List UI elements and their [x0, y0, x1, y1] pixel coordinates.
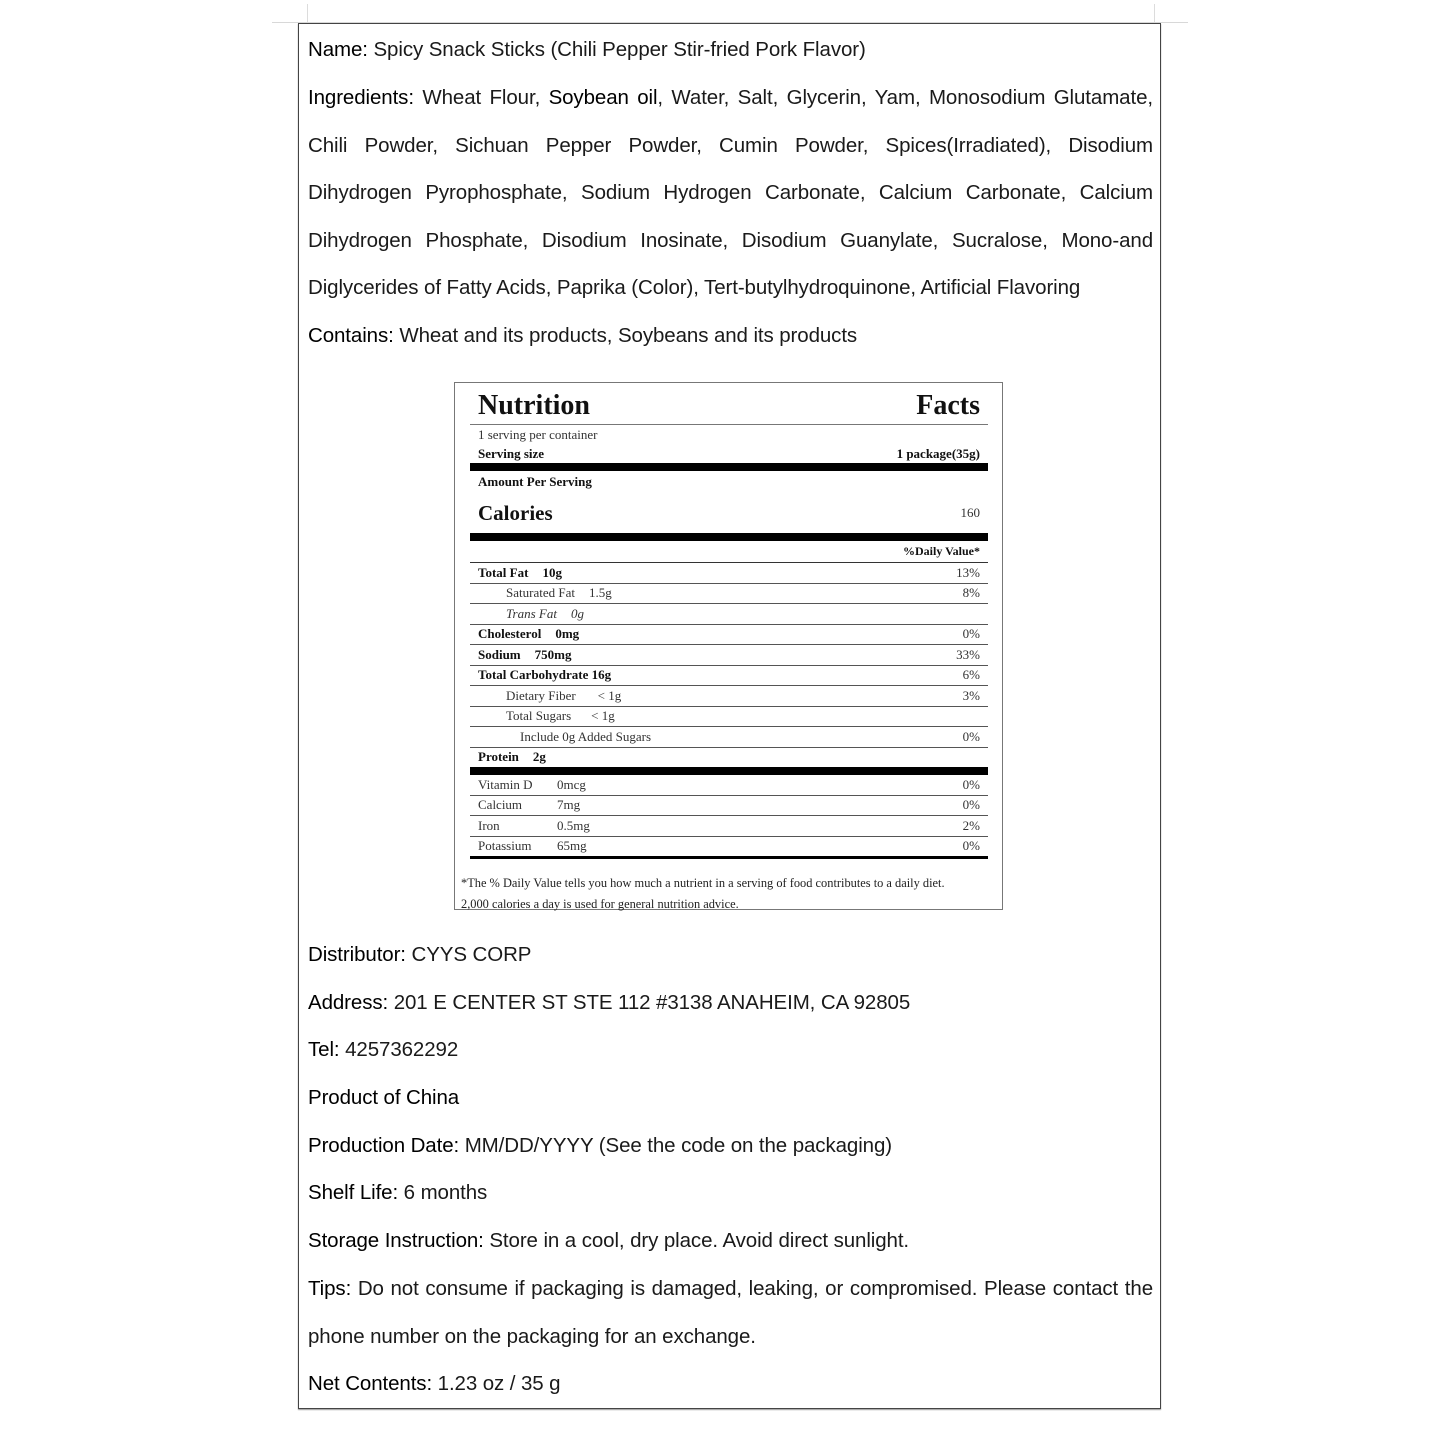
vitamin-row-calcium: Calcium7mg 0% [470, 796, 988, 817]
label-sheet: Name: Spicy Snack Sticks (Chili Pepper S… [298, 23, 1161, 1409]
vitamin-name: Calcium [478, 797, 557, 813]
serving-size-label: Serving size [478, 446, 544, 462]
tips-value: Do not consume if packaging is damaged, … [308, 1277, 1153, 1348]
daily-value-footnote: *The % Daily Value tells you how much a … [461, 873, 998, 914]
nutrient-name: Saturated Fat [506, 585, 575, 600]
allergens: Contains: Wheat and its products, Soybea… [308, 312, 1153, 360]
storage-value: Store in a cool, dry place. Avoid direct… [484, 1229, 909, 1252]
footnote-line-2: 2,000 calories a day is used for general… [461, 894, 998, 915]
address-label: Address: [308, 991, 388, 1014]
tips: Tips: Do not consume if packaging is dam… [308, 1265, 1153, 1360]
nutrient-row-total-fat: Total Fat10g 13% [470, 563, 988, 584]
vitamin-name: Vitamin D [478, 777, 557, 793]
nutrient-dv: 33% [956, 647, 980, 663]
ingredients-highlight: Soybean oil [549, 86, 658, 109]
production-date-label: Production Date: [308, 1134, 459, 1157]
vitamin-dv: 0% [963, 777, 980, 793]
storage-instruction: Storage Instruction: Store in a cool, dr… [308, 1217, 1153, 1265]
nutrient-name: Trans Fat [506, 606, 557, 621]
nutrient-name: Total Fat [478, 565, 528, 580]
page-margin-marker-left [307, 4, 308, 22]
ingredients-label: Ingredients: [308, 86, 414, 109]
net-contents: Net Contents: 1.23 oz / 35 g [308, 1360, 1153, 1408]
tips-label: Tips: [308, 1277, 351, 1300]
page-margin-marker-right [1154, 4, 1155, 22]
origin-label: Product of China [308, 1086, 459, 1109]
nutrition-facts-panel: Nutrition Facts 1 serving per container … [454, 382, 1003, 910]
amount-per-serving-text: Amount Per Serving [478, 474, 592, 490]
nutrient-name: Dietary Fiber [506, 688, 576, 703]
nutrient-dv: 3% [963, 688, 980, 704]
vitamin-dv: 0% [963, 838, 980, 854]
amount-per-serving: Amount Per Serving [470, 471, 988, 493]
nutrient-name: Cholesterol [478, 626, 541, 641]
nutrient-amount: 16g [592, 667, 612, 682]
production-date-value: MM/DD/YYYY (See the code on the packagin… [459, 1134, 892, 1157]
servings-per-container: 1 serving per container [470, 425, 988, 444]
tel-value: 4257362292 [340, 1038, 459, 1061]
distributor: Distributor: CYYS CORP [308, 931, 1153, 979]
nutrient-row-added-sugars: Include 0g Added Sugars 0% [470, 727, 988, 748]
ingredients-part1: Wheat Flour, [414, 86, 549, 109]
nutrient-dv: 0% [963, 626, 980, 642]
shelf-life-label: Shelf Life: [308, 1181, 398, 1204]
vitamin-name: Potassium [478, 838, 557, 854]
calories-label: Calories [478, 501, 553, 526]
tel-label: Tel: [308, 1038, 340, 1061]
origin: Product of China [308, 1074, 1153, 1122]
production-date: Production Date: MM/DD/YYYY (See the cod… [308, 1122, 1153, 1170]
daily-value-header: %Daily Value* [470, 541, 988, 563]
nutrient-row-saturated-fat: Saturated Fat1.5g 8% [470, 584, 988, 605]
vitamin-row-potassium: Potassium65mg 0% [470, 837, 988, 857]
vitamin-dv: 2% [963, 818, 980, 834]
title-left: Nutrition [478, 387, 590, 424]
vitamin-amount: 0.5mg [557, 818, 590, 833]
calories-row: Calories 160 [470, 493, 988, 533]
storage-label: Storage Instruction: [308, 1229, 484, 1252]
nutrient-row-dietary-fiber: Dietary Fiber< 1g 3% [470, 686, 988, 707]
serving-size-row: Serving size 1 package(35g) [470, 444, 988, 463]
nutrient-name: Total Carbohydrate [478, 667, 588, 682]
vitamin-amount: 65mg [557, 838, 587, 853]
address: Address: 201 E CENTER ST STE 112 #3138 A… [308, 979, 1153, 1027]
shelf-life-value: 6 months [398, 1181, 487, 1204]
serving-size-value: 1 package(35g) [897, 446, 980, 462]
nutrient-row-trans-fat: Trans Fat0g [470, 604, 988, 625]
vitamin-row-iron: Iron0.5mg 2% [470, 816, 988, 837]
nutrient-amount: 10g [542, 565, 562, 580]
nutrient-row-cholesterol: Cholesterol0mg 0% [470, 625, 988, 646]
nutrient-row-total-sugars: Total Sugars< 1g [470, 707, 988, 728]
nutrient-dv: 6% [963, 667, 980, 683]
footnote-line-1: *The % Daily Value tells you how much a … [461, 873, 998, 894]
servings-per-container-text: 1 serving per container [478, 427, 597, 443]
nutrient-name: Total Sugars [506, 708, 571, 723]
thick-divider [470, 533, 988, 541]
vitamin-amount: 0mcg [557, 777, 586, 792]
thick-divider [470, 463, 988, 471]
nutrition-facts-title: Nutrition Facts [470, 383, 988, 425]
nutrient-dv: 13% [956, 565, 980, 581]
net-contents-label: Net Contents: [308, 1372, 432, 1395]
shelf-life: Shelf Life: 6 months [308, 1169, 1153, 1217]
contains-value: Wheat and its products, Soybeans and its… [394, 324, 857, 347]
distributor-value: CYYS CORP [406, 943, 531, 966]
nutrient-amount: < 1g [591, 708, 615, 723]
nutrient-amount: < 1g [598, 688, 622, 703]
contains-label: Contains: [308, 324, 394, 347]
thick-divider [470, 767, 988, 775]
name-value: Spicy Snack Sticks (Chili Pepper Stir-fr… [368, 38, 866, 61]
nutrient-amount: 1.5g [589, 585, 612, 600]
name-label: Name: [308, 38, 368, 61]
nutrient-row-total-carbohydrate: Total Carbohydrate 16g 6% [470, 666, 988, 687]
nutrient-name: Include 0g Added Sugars [520, 729, 651, 744]
nutrient-dv: 0% [963, 729, 980, 745]
net-contents-value: 1.23 oz / 35 g [432, 1372, 560, 1395]
telephone: Tel: 4257362292 [308, 1026, 1153, 1074]
vitamin-dv: 0% [963, 797, 980, 813]
vitamin-amount: 7mg [557, 797, 580, 812]
address-value: 201 E CENTER ST STE 112 #3138 ANAHEIM, C… [388, 991, 910, 1014]
ingredients-part2: , Water, Salt, Glycerin, Yam, Monosodium… [308, 86, 1153, 299]
daily-value-header-text: %Daily Value* [903, 544, 980, 559]
nutrient-row-protein: Protein2g [470, 748, 988, 768]
nutrient-amount: 2g [533, 749, 546, 764]
nutrient-amount: 0g [571, 606, 584, 621]
nutrient-dv: 8% [963, 585, 980, 601]
product-name: Name: Spicy Snack Sticks (Chili Pepper S… [308, 26, 1153, 74]
distributor-label: Distributor: [308, 943, 406, 966]
vitamin-name: Iron [478, 818, 557, 834]
ingredients: Ingredients: Wheat Flour, Soybean oil, W… [308, 74, 1153, 312]
nutrient-name: Protein [478, 749, 519, 764]
nutrient-row-sodium: Sodium750mg 33% [470, 645, 988, 666]
vitamin-row-vitamin-d: Vitamin D0mcg 0% [470, 775, 988, 796]
nutrient-amount: 0mg [555, 626, 579, 641]
nutrient-amount: 750mg [535, 647, 572, 662]
title-right: Facts [916, 387, 980, 424]
calories-value: 160 [961, 505, 981, 521]
bottom-divider [470, 856, 988, 859]
nutrient-name: Sodium [478, 647, 521, 662]
